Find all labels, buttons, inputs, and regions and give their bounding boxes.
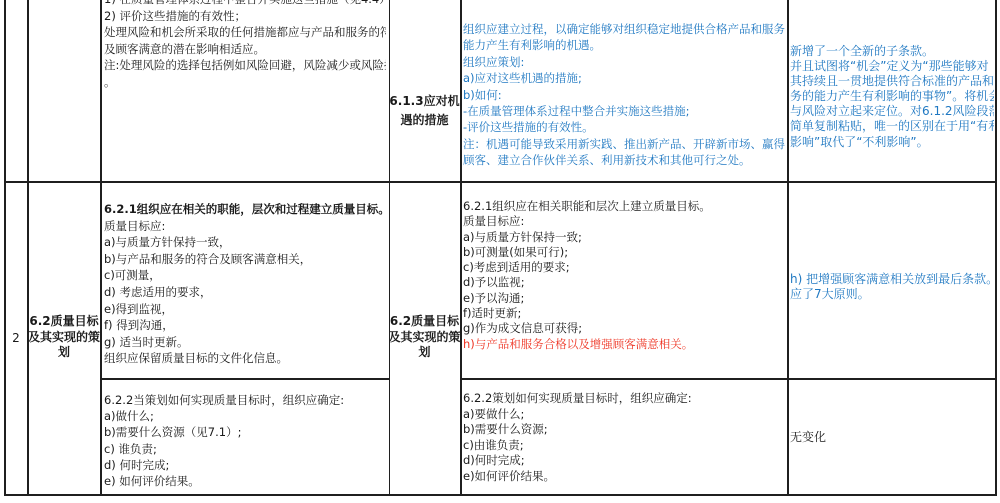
row2-new-clause-title: 6.2质量目标及其实现的策划 bbox=[390, 314, 460, 361]
text-line: 组织应建立过程，以确定能够对组织稳定地提供合格产品和服务的 bbox=[463, 21, 785, 37]
text-line: 应了7大原则。 bbox=[790, 287, 994, 303]
text-line: 注:处理风险的选择包括例如风险回避，风险减少或风险接受 bbox=[104, 57, 386, 74]
text-line: 组织应策划: bbox=[463, 54, 785, 70]
text-line: c)可测量， bbox=[104, 267, 386, 284]
text-line: 6.2质量目标 bbox=[390, 314, 460, 330]
text-line: 。 bbox=[104, 74, 386, 91]
text-line: 处理风险和机会所采取的任何措施都应与产品和服务的符合 bbox=[104, 24, 386, 41]
row2-sub2-new-text-cell: 6.2.2策划如何实现质量目标时，组织应确定:a)要做什么;b)需要什么资源;c… bbox=[463, 391, 785, 485]
text-line: 新增了一个全新的子条款。 bbox=[790, 44, 994, 59]
text-line: 划 bbox=[29, 345, 100, 361]
text-line: a)与质量方针保持一致; bbox=[463, 230, 785, 245]
text-line: f)适时更新; bbox=[463, 306, 785, 321]
text-line: 6.1.3应对机 bbox=[390, 92, 460, 111]
text-line: 与风险对立起来定位。对6.1.2风险段落的 bbox=[790, 104, 994, 119]
text-line: 6.2质量目标 bbox=[29, 314, 100, 330]
text-line: b)与产品和服务的符合及顾客满意相关， bbox=[104, 251, 386, 268]
table-gridline-v-outer-right bbox=[995, 0, 997, 495]
table-gridline-v-col4-col5 bbox=[460, 0, 462, 495]
text-line: 及顾客满意的潜在影响相适应。 bbox=[104, 41, 386, 58]
text-line: d) 考虑适用的要求， bbox=[104, 284, 386, 301]
text-line: 6.2.2当策划如何实现质量目标时，组织应确定: bbox=[104, 392, 386, 408]
text-line: 6.2.1组织应在相关职能和层次上建立质量目标。 bbox=[463, 199, 785, 214]
row2-new-clause-cell: 6.2质量目标及其实现的策划 bbox=[390, 182, 460, 493]
row2-old-clause-cell: 6.2质量目标及其实现的策划 bbox=[29, 182, 100, 493]
text-line: 1) 在质量管理体系过程中整合并实施这些措施（见4.4）； bbox=[104, 0, 386, 8]
text-line: 6.2.2策划如何实现质量目标时，组织应确定: bbox=[463, 391, 785, 407]
text-line: a)应对这些机遇的措施; bbox=[463, 70, 785, 86]
text-line: a)做什么; bbox=[104, 408, 386, 424]
text-line: b)需要什么资源; bbox=[463, 422, 785, 438]
text-line: d) 何时完成; bbox=[104, 457, 386, 473]
text-line: c)考虑到适用的要求; bbox=[463, 260, 785, 275]
text-line: a)要做什么; bbox=[463, 407, 785, 423]
text-line: b)如何: bbox=[463, 87, 785, 103]
row2-sub1-comment-text: h) 把增强顾客满意相关放到最后条款。呼应了7大原则。 bbox=[790, 272, 994, 303]
row2-sequence-number: 2 bbox=[12, 331, 20, 345]
text-line: a)与质量方针保持一致， bbox=[104, 234, 386, 251]
row2-old-clause-title: 6.2质量目标及其实现的策划 bbox=[29, 314, 100, 361]
text-line: 质量目标应: bbox=[104, 218, 386, 235]
text-line: e)予以沟通; bbox=[463, 291, 785, 306]
row2-sequence-cell: 2 bbox=[6, 182, 27, 493]
text-line: 简单复制粘贴，唯一的区别在于用“有利 bbox=[790, 119, 994, 134]
row1-comment-cell: 新增了一个全新的子条款。并且试图将“机会”定义为“那些能够对其持续且一贯地提供符… bbox=[790, 44, 994, 150]
row1-new-clause-title: 6.1.3应对机遇的措施 bbox=[390, 92, 460, 130]
text-line: e)如何评价结果。 bbox=[463, 469, 785, 485]
text-line: 及其实现的策 bbox=[390, 330, 460, 346]
text-line: 6.2.1组织应在相关的职能，层次和过程建立质量目标。 bbox=[104, 201, 386, 218]
comparison-table: 1) 在质量管理体系过程中整合并实施这些措施（见4.4）；2) 评价这些措施的有… bbox=[0, 0, 1000, 503]
text-line: 划 bbox=[390, 345, 460, 361]
text-line: b)可测量(如果可行); bbox=[463, 245, 785, 260]
table-gridline-h-bottom bbox=[4, 494, 997, 496]
text-line: g) 适当时更新。 bbox=[104, 334, 386, 351]
text-line: 2) 评价这些措施的有效性； bbox=[104, 8, 386, 25]
text-line: e)得到监视， bbox=[104, 301, 386, 318]
row1-new-clause-cell: 6.1.3应对机遇的措施 bbox=[390, 0, 460, 181]
row2-sub1-old-text-cell: 6.2.1组织应在相关的职能，层次和过程建立质量目标。质量目标应:a)与质量方针… bbox=[104, 201, 386, 367]
row2-sub1-comment-cell: h) 把增强顾客满意相关放到最后条款。呼应了7大原则。 bbox=[790, 182, 994, 378]
text-line: 遇的措施 bbox=[390, 111, 460, 130]
row2-sub2-comment-cell: 无变化 bbox=[790, 379, 994, 493]
table-gridline-v-col5-col6 bbox=[787, 0, 789, 495]
text-line: 并且试图将“机会”定义为“那些能够对 bbox=[790, 59, 994, 74]
text-line: 注：机遇可能导致采用新实践、推出新产品、开辟新市场、赢得新 bbox=[463, 136, 785, 152]
text-line: c) 谁负责; bbox=[104, 441, 386, 457]
text-line: 无变化 bbox=[790, 428, 826, 445]
text-line: h) 把增强顾客满意相关放到最后条款。呼 bbox=[790, 272, 994, 288]
text-line: g)作为成文信息可获得; bbox=[463, 321, 785, 336]
text-line: -在质量管理体系过程中整合并实施这些措施; bbox=[463, 103, 785, 119]
text-line: -评价这些措施的有效性。 bbox=[463, 119, 785, 135]
row2-sub2-old-text-cell: 6.2.2当策划如何实现质量目标时，组织应确定:a)做什么;b)需要什么资源（见… bbox=[104, 392, 386, 489]
text-line: d)予以监视; bbox=[463, 275, 785, 290]
text-line: 及其实现的策 bbox=[29, 330, 100, 346]
text-line: 能力产生有利影响的机遇。 bbox=[463, 37, 785, 53]
text-line: d)何时完成; bbox=[463, 453, 785, 469]
text-line: 质量目标应: bbox=[463, 214, 785, 229]
text-line: e) 如何评价结果。 bbox=[104, 473, 386, 489]
text-line: 务的能力产生有利影响的事物”。将机会 bbox=[790, 89, 994, 104]
text-line: 影响”取代了“不利影响”。 bbox=[790, 135, 994, 150]
table-gridline-v-col2-col3 bbox=[100, 0, 102, 495]
row1-new-text-cell: 组织应建立过程，以确定能够对组织稳定地提供合格产品和服务的能力产生有利影响的机遇… bbox=[463, 21, 785, 169]
table-gridline-h-subrow-old bbox=[100, 378, 390, 380]
text-line: 组织应保留质量目标的文件化信息。 bbox=[104, 350, 386, 367]
row2-sub1-new-text-cell: 6.2.1组织应在相关职能和层次上建立质量目标。质量目标应:a)与质量方针保持一… bbox=[463, 199, 785, 352]
text-line: b)需要什么资源（见7.1）; bbox=[104, 424, 386, 440]
text-line: c)由谁负责; bbox=[463, 438, 785, 454]
text-line: f) 得到沟通， bbox=[104, 317, 386, 334]
row1-old-text-cell: 1) 在质量管理体系过程中整合并实施这些措施（见4.4）；2) 评价这些措施的有… bbox=[104, 0, 386, 90]
text-line: h)与产品和服务合格以及增强顾客满意相关。 bbox=[463, 337, 785, 352]
text-line: 其持续且一贯地提供符合标准的产品和服 bbox=[790, 74, 994, 89]
text-line: 顾客、建立合作伙伴关系、利用新技术和其他可行之处。 bbox=[463, 152, 785, 168]
